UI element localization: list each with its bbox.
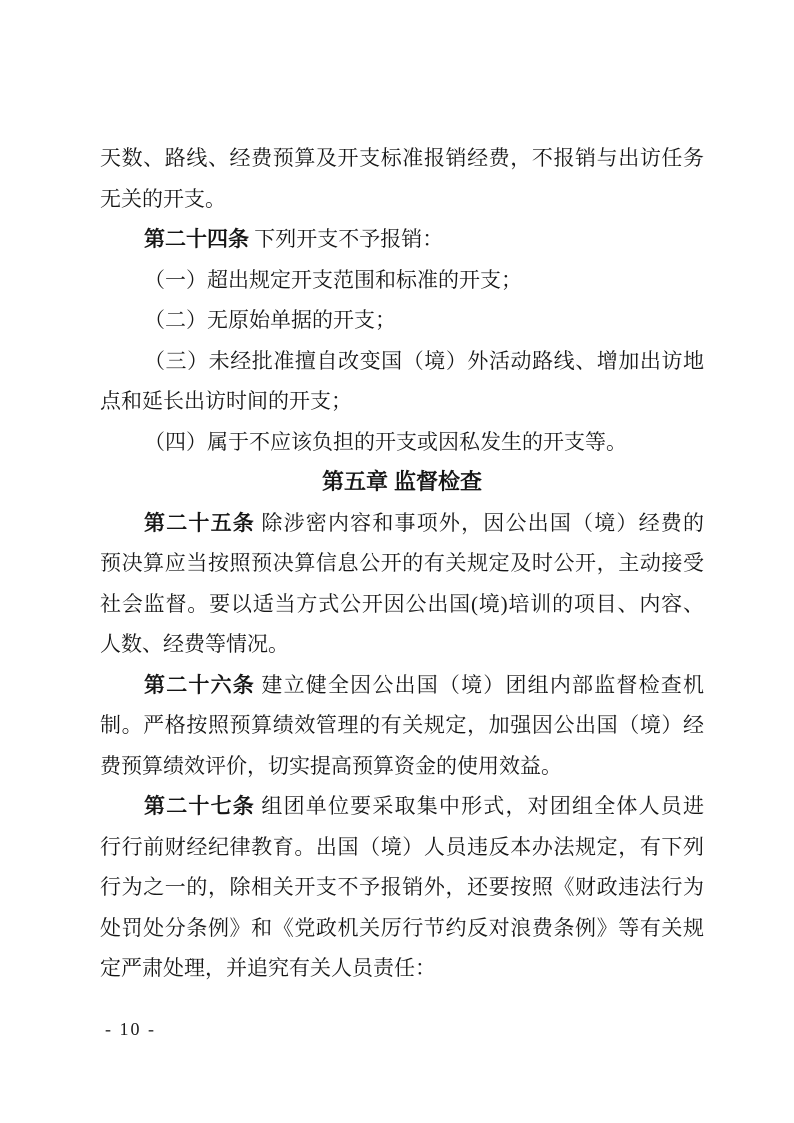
paragraph-line: 无关的开支。 xyxy=(100,179,704,220)
paragraph-line: 社会监督。要以适当方式公开因公出国(境)培训的项目、内容、 xyxy=(100,584,704,625)
line-text: 定严肃处理，并追究有关人员责任： xyxy=(100,956,436,980)
paragraph-line: 点和延长出访时间的开支； xyxy=(100,381,704,422)
paragraph-line: 预决算应当按照预决算信息公开的有关规定及时公开，主动接受 xyxy=(100,543,704,584)
paragraph-line: 费预算绩效评价，切实提高预算资金的使用效益。 xyxy=(100,746,704,787)
list-item-line: （四）属于不应该负担的开支或因私发生的开支等。 xyxy=(100,422,704,463)
line-text: 行为之一的，除相关开支不予报销外，还要按照《财政违法行为 xyxy=(100,875,704,899)
paragraph-line: 行为之一的，除相关开支不予报销外，还要按照《财政违法行为 xyxy=(100,867,704,908)
line-text: 天数、路线、经费预算及开支标准报销经费，不报销与出访任务 xyxy=(100,146,704,170)
line-text: 预决算应当按照预决算信息公开的有关规定及时公开，主动接受 xyxy=(100,551,704,575)
paragraph-line: 第二十四条 下列开支不予报销： xyxy=(100,219,704,260)
paragraph-line: 第二十七条 组团单位要采取集中形式，对团组全体人员进 xyxy=(100,786,704,827)
line-text: 行行前财经纪律教育。出国（境）人员违反本办法规定，有下列 xyxy=(100,835,704,859)
document-body: 天数、路线、经费预算及开支标准报销经费，不报销与出访任务 无关的开支。 第二十四… xyxy=(100,138,704,989)
line-text: 费预算绩效评价，切实提高预算资金的使用效益。 xyxy=(100,754,562,778)
line-text: 组团单位要采取集中形式，对团组全体人员进 xyxy=(255,794,704,818)
paragraph-line: 行行前财经纪律教育。出国（境）人员违反本办法规定，有下列 xyxy=(100,827,704,868)
line-text: （一）超出规定开支范围和标准的开支； xyxy=(144,268,522,292)
line-text: 处罚处分条例》和《党政机关厉行节约反对浪费条例》等有关规 xyxy=(100,916,704,940)
list-item-line: （一）超出规定开支范围和标准的开支； xyxy=(100,260,704,301)
article-number-25: 第二十五条 xyxy=(144,512,255,535)
line-text: 人数、经费等情况。 xyxy=(100,632,289,656)
list-item-line: （三）未经批准擅自改变国（境）外活动路线、增加出访地 xyxy=(100,341,704,382)
chapter-heading: 第五章 监督检查 xyxy=(100,462,704,503)
line-text: 无关的开支。 xyxy=(100,187,226,211)
line-text: 社会监督。要以适当方式公开因公出国(境)培训的项目、内容、 xyxy=(100,592,704,616)
paragraph-line: 第二十六条 建立健全因公出国（境）团组内部监督检查机 xyxy=(100,665,704,706)
line-text: 制。严格按照预算绩效管理的有关规定，加强因公出国（境）经 xyxy=(100,713,704,737)
paragraph-line: 定严肃处理，并追究有关人员责任： xyxy=(100,948,704,989)
paragraph-line: 天数、路线、经费预算及开支标准报销经费，不报销与出访任务 xyxy=(100,138,704,179)
line-text: 除涉密内容和事项外，因公出国（境）经费的 xyxy=(255,511,704,535)
list-item-line: （二）无原始单据的开支； xyxy=(100,300,704,341)
line-text: （三）未经批准擅自改变国（境）外活动路线、增加出访地 xyxy=(144,349,704,373)
line-text: 建立健全因公出国（境）团组内部监督检查机 xyxy=(255,673,704,697)
page-number: - 10 - xyxy=(105,1017,156,1041)
paragraph-line: 处罚处分条例》和《党政机关厉行节约反对浪费条例》等有关规 xyxy=(100,908,704,949)
line-text: 点和延长出访时间的开支； xyxy=(100,389,352,413)
article-number-26: 第二十六条 xyxy=(144,674,255,697)
paragraph-line: 制。严格按照预算绩效管理的有关规定，加强因公出国（境）经 xyxy=(100,705,704,746)
chapter-heading-text: 第五章 监督检查 xyxy=(322,469,482,494)
paragraph-line: 人数、经费等情况。 xyxy=(100,624,704,665)
line-text: 下列开支不予报销： xyxy=(249,227,443,251)
document-page: 天数、路线、经费预算及开支标准报销经费，不报销与出访任务 无关的开支。 第二十四… xyxy=(0,0,794,1123)
line-text: （二）无原始单据的开支； xyxy=(144,308,396,332)
line-text: （四）属于不应该负担的开支或因私发生的开支等。 xyxy=(144,430,627,454)
article-number-27: 第二十七条 xyxy=(144,795,255,818)
article-number-24: 第二十四条 xyxy=(144,228,249,251)
paragraph-line: 第二十五条 除涉密内容和事项外，因公出国（境）经费的 xyxy=(100,503,704,544)
